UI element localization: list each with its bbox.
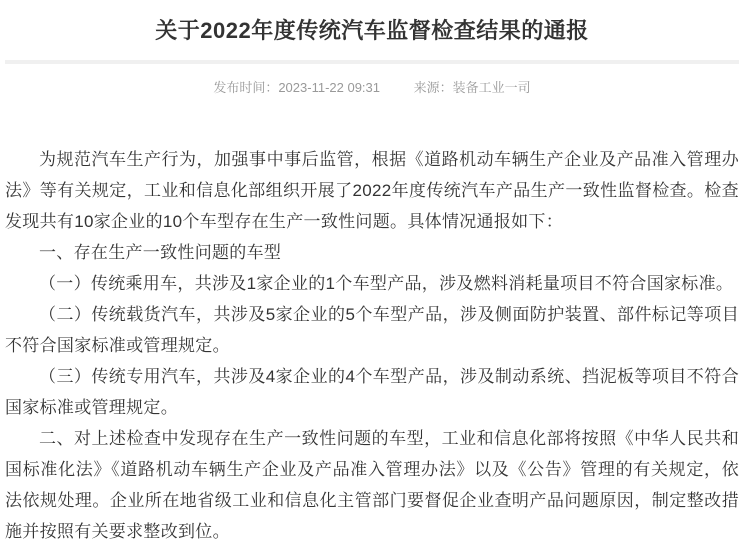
page-title: 关于2022年度传统汽车监督检查结果的通报 bbox=[0, 0, 744, 60]
article-paragraph: （三）传统专用汽车，共涉及4家企业的4个车型产品，涉及制动系统、挡泥板等项目不符… bbox=[5, 361, 739, 423]
source: 来源：装备工业一司 bbox=[414, 79, 531, 97]
article-page: 关于2022年度传统汽车监督检查结果的通报 发布时间：2023-11-22 09… bbox=[0, 0, 744, 554]
article-paragraph: （二）传统载货汽车，共涉及5家企业的5个车型产品，涉及侧面防护装置、部件标记等项… bbox=[5, 299, 739, 361]
title-divider bbox=[5, 60, 739, 64]
publish-time-label: 发布时间： bbox=[213, 80, 278, 95]
article-meta: 发布时间：2023-11-22 09:31 来源：装备工业一司 bbox=[0, 79, 744, 97]
publish-time-value: 2023-11-22 09:31 bbox=[278, 80, 380, 95]
source-label: 来源： bbox=[414, 80, 453, 95]
article-paragraph: 为规范汽车生产行为，加强事中事后监管，根据《道路机动车辆生产企业及产品准入管理办… bbox=[5, 144, 739, 237]
article-paragraph: 二、对上述检查中发现存在生产一致性问题的车型，工业和信息化部将按照《中华人民共和… bbox=[5, 423, 739, 547]
article-section-heading: 一、存在生产一致性问题的车型 bbox=[5, 237, 739, 268]
source-value: 装备工业一司 bbox=[453, 80, 531, 95]
publish-time: 发布时间：2023-11-22 09:31 bbox=[213, 79, 380, 97]
article-paragraph: （一）传统乘用车，共涉及1家企业的1个车型产品，涉及燃料消耗量项目不符合国家标准… bbox=[5, 268, 739, 299]
article-body: 为规范汽车生产行为，加强事中事后监管，根据《道路机动车辆生产企业及产品准入管理办… bbox=[5, 144, 739, 547]
